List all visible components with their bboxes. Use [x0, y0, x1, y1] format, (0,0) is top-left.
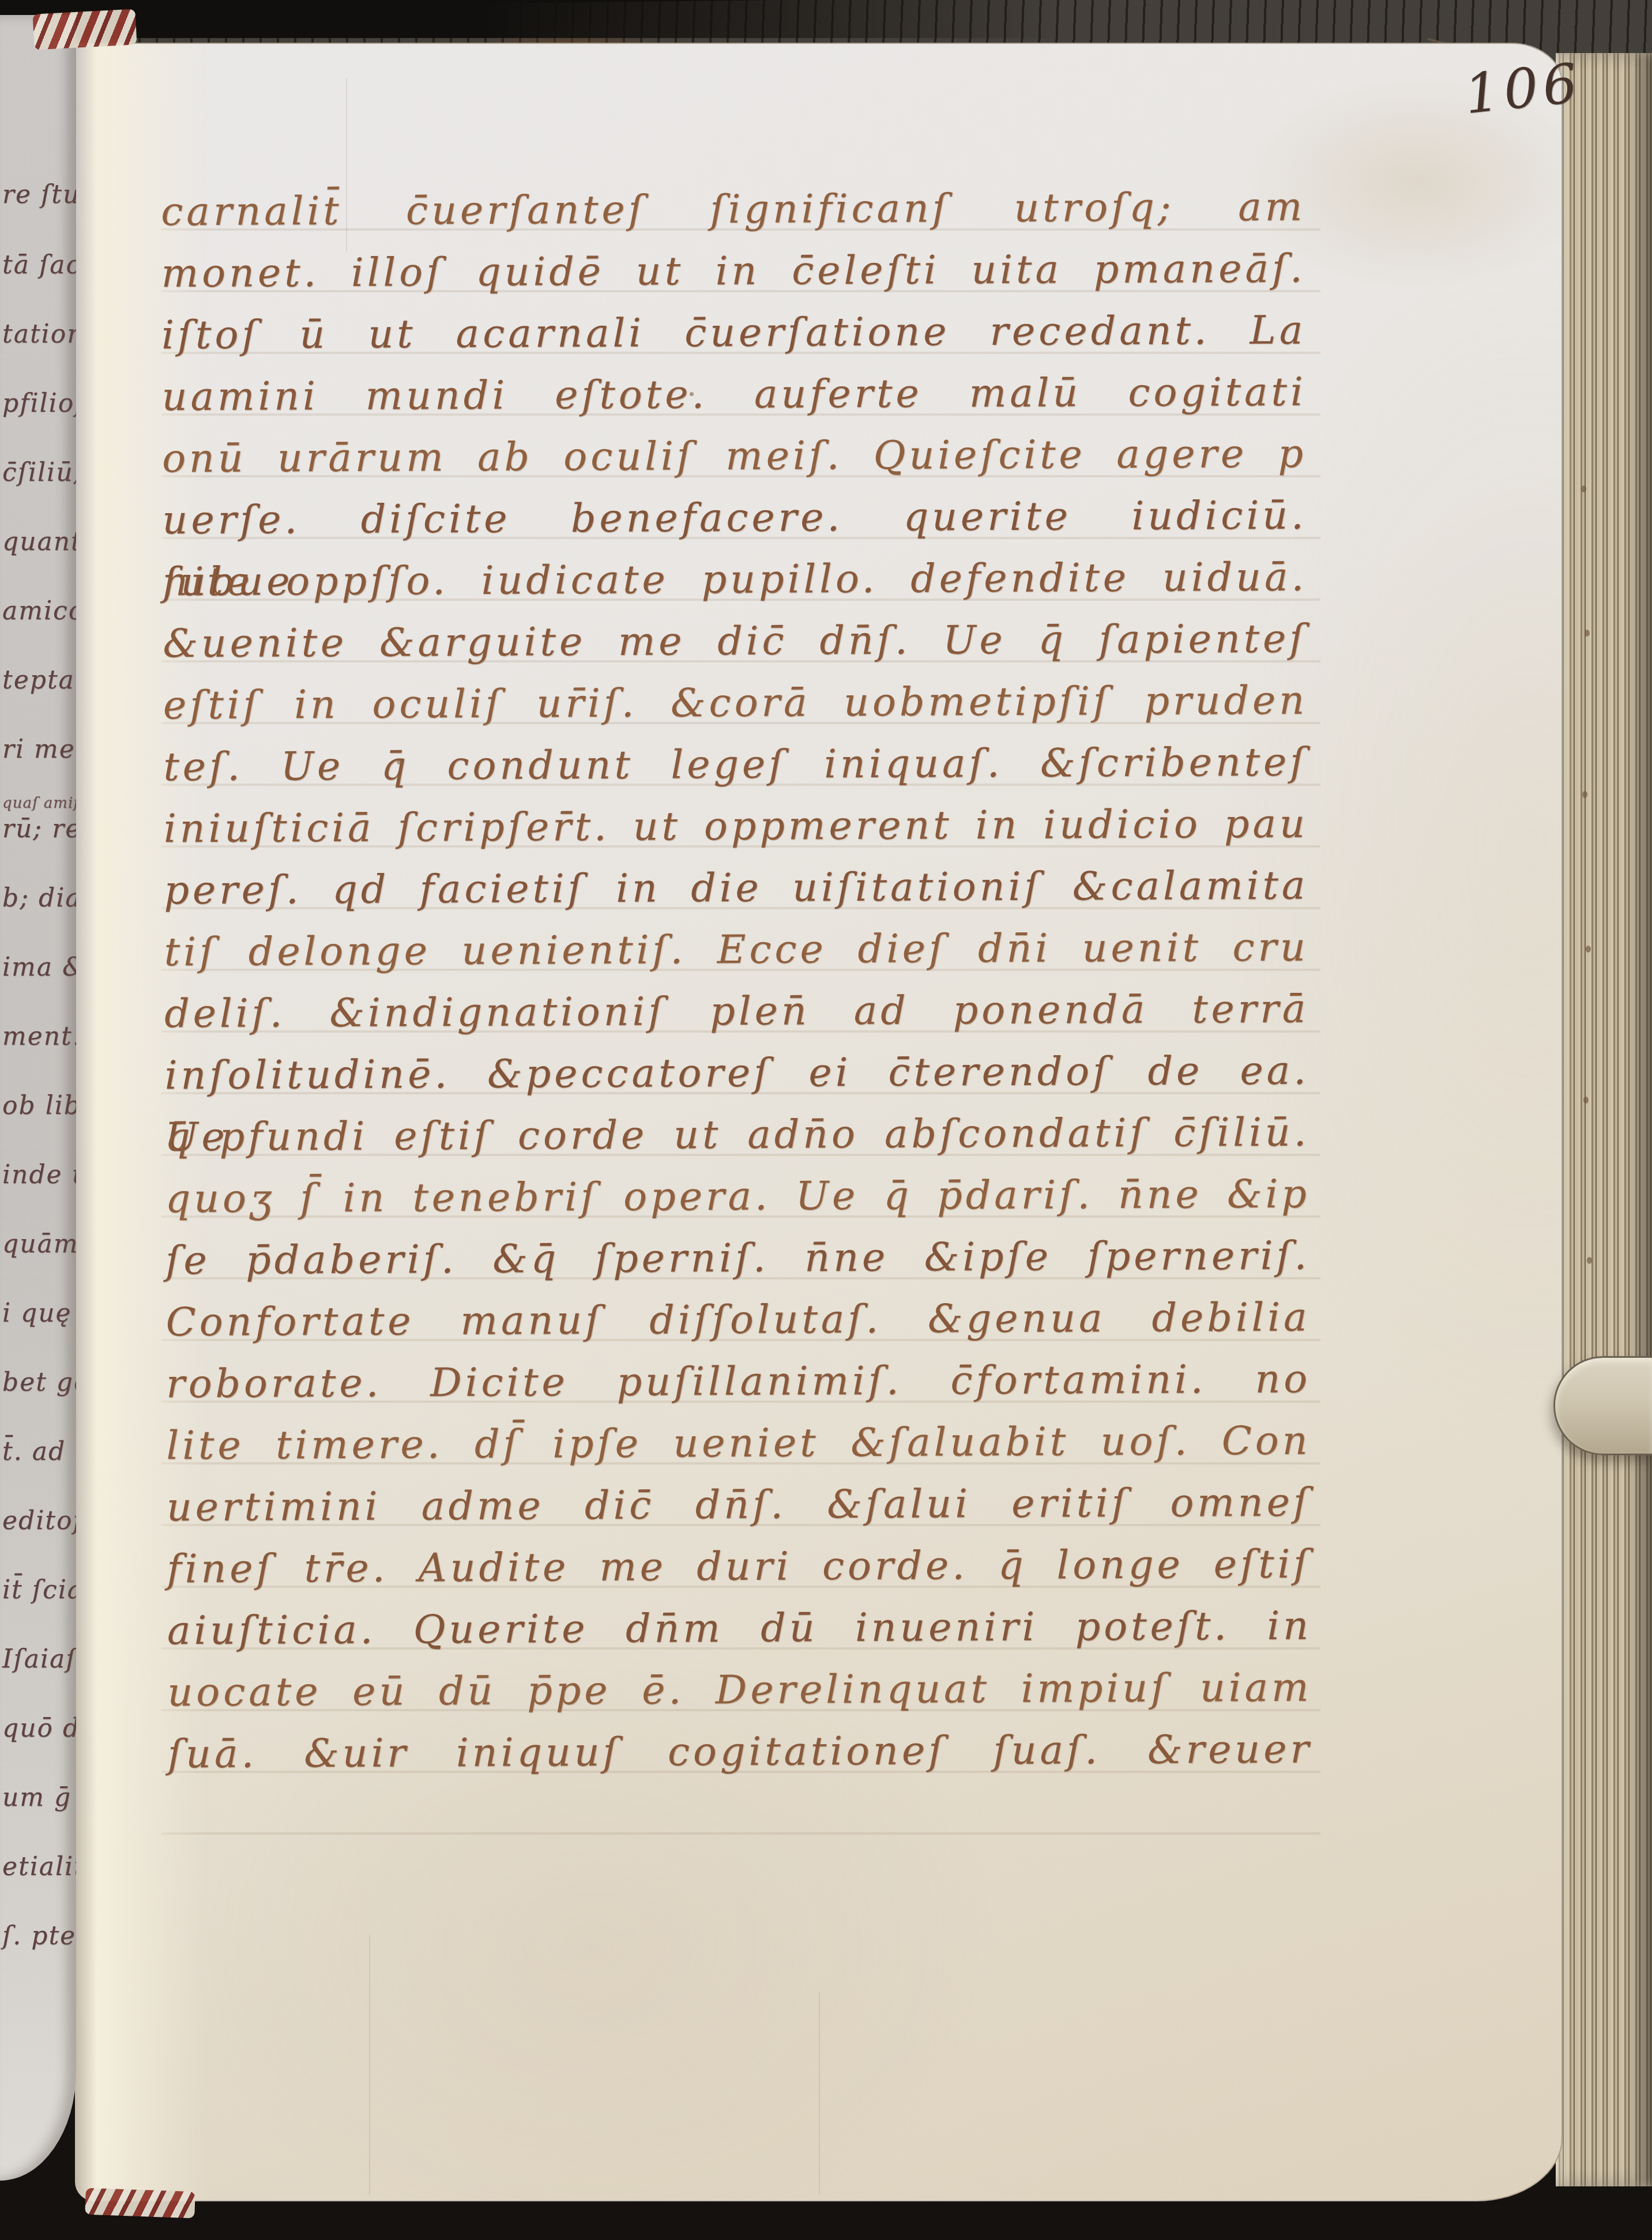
manuscript-text-line: roborate. Dicite puſillanimiſ. c̄fortami… [166, 1349, 1311, 1415]
left-page-text-fragment: ment. H [2, 1022, 76, 1051]
manuscript-text-line: uerſe. diſcite benefacere. querite iudic… [162, 485, 1307, 552]
wormhole [1587, 1257, 1592, 1264]
headband-top [32, 9, 137, 50]
left-page-text-fragment: inde ū d [2, 1160, 76, 1189]
manuscript-text-line: carnalit̄ c̄uerſanteſ ſignificanſ utroſq… [161, 176, 1305, 243]
left-page-text-fragment: quantū [2, 527, 76, 556]
left-page-text-fragment: tā ſacri [2, 250, 76, 280]
fore-edge-page-stack [1556, 53, 1652, 2186]
left-page-text-fragment: ob libro [2, 1091, 76, 1120]
text-block: carnalit̄ c̄uerſanteſ ſignificanſ utroſq… [161, 176, 1312, 1786]
manuscript-text-line: iſtoſ ū ut acarnali c̄uerſatione recedan… [161, 300, 1306, 367]
left-page-text-fragment: i quę tad [2, 1298, 76, 1328]
manuscript-text-line: ſe p̄daberiſ. &q̄ ſperniſ. n̄ne &ipſe ſp… [165, 1225, 1310, 1292]
left-page-text-fragment: um ḡ dic [2, 1783, 76, 1812]
left-page-text-fragment: t̄. ad noſ [2, 1437, 76, 1466]
left-page-text-fragment: tationt [2, 319, 76, 349]
left-page-text-fragment: bet genteſ [2, 1368, 76, 1397]
manuscript-text-line: quoʒ ſ̄ in tenebriſ opera. Ue q̄ p̄dariſ… [165, 1164, 1309, 1230]
manuscript-text-line: fineſ tr̄e. Audite me duri corde. q̄ lon… [167, 1534, 1311, 1601]
manuscript-text-line: eſtiſ in oculiſ ur̄iſ. &corā uobmetipſiſ… [163, 670, 1308, 737]
manuscript-text-line: &uenite &arguite me dic̄ dn̄ſ. Ue q̄ ſap… [163, 608, 1307, 675]
left-page-text-fragment: it̄ ſciatiſ [2, 1575, 76, 1605]
manuscript-text-line: q̄ pfundi eſtiſ corde ut adn̄o abſcondat… [165, 1102, 1309, 1169]
left-page-text-fragment: pfilioſ [2, 389, 76, 418]
wormhole [1585, 630, 1590, 637]
manuscript-text-line: monet. illoſ quidē ut in c̄eleſti uita p… [161, 238, 1305, 305]
left-page-text-fragment: etialit̄ q̄ſt [2, 1852, 76, 1881]
manuscript-text-line: lite timere. dſ̄ ipſe ueniet &ſaluabit u… [166, 1410, 1311, 1477]
manuscript-text-line: inſolitudinē. &peccatoreſ ei c̄terendoſ … [164, 1040, 1309, 1107]
wormhole [1586, 946, 1591, 953]
left-page-text-fragment: rū; recop [2, 814, 76, 844]
parchment-crease [369, 1935, 370, 2194]
left-page-text-fragment: ſ. pterra [2, 1921, 76, 1951]
left-page-text-fragment: c̄ſiliū; [2, 458, 76, 487]
left-page-text-fragment: quō dn̄ſ [2, 1714, 76, 1743]
left-page-text-fragment: teptatio [2, 665, 76, 695]
manuscript-text-line: uamini mundi eſtote. auferte malū cogita… [161, 362, 1306, 428]
left-page-text-fragment: ima &c [2, 953, 76, 982]
fore-edge-tab [1553, 1356, 1652, 1455]
manuscript-text-line: aiuſticia. Querite dn̄m dū inueniri pote… [167, 1595, 1312, 1662]
manuscript-text-line: pereſ. qd facietiſ in die uiſitationiſ &… [164, 855, 1308, 922]
left-page-text-fragment: amicoſ [2, 596, 76, 626]
wormhole [1581, 485, 1586, 492]
manuscript-text-line: nite oppſſo. iudicate pupillo. defendite… [163, 547, 1307, 613]
manuscript-text-line: uocate eū dū p̄pe ē. Derelinquat impiuſ … [167, 1657, 1312, 1724]
manuscript-text-line: ſuā. &uir iniquuſ cogitationeſ ſuaſ. &re… [168, 1719, 1312, 1786]
left-page-text-fragment: re ſtudt [2, 180, 76, 209]
manuscript-text-line: uertimini adme dic̄ dn̄ſ. &ſalui eritiſ … [167, 1472, 1311, 1539]
left-page-text-fragment: ri meru [2, 735, 76, 764]
wormhole [1582, 791, 1587, 798]
manuscript-text-line: iniuſticiā ſcripſer̄t. ut oppmerent in i… [164, 793, 1308, 860]
manuscript-text-line: onū urārum ab oculiſ meiſ. Quieſcite age… [162, 423, 1307, 490]
manuscript-text-line: teſ. Ue q̄ condunt legeſ iniquaſ. &ſcrib… [163, 732, 1308, 799]
left-page-edge: re ſtudttā ſacritationtpfilioſc̄ſiliū;qu… [0, 15, 76, 2181]
left-page-text-fragment: quāmaxime [2, 1229, 76, 1259]
background-shadow-top [0, 0, 1067, 38]
manuscript-text-line: deliſ. &indignationiſ plen̄ ad ponendā t… [164, 978, 1309, 1045]
left-page-text-fragment: quaſ amiſ [2, 795, 76, 812]
left-page-text-fragment: b; diabol [2, 883, 76, 913]
parchment-crease [819, 1993, 820, 2194]
manuscript-text-line: tiſ delonge uenientiſ. Ecce dieſ dn̄i ue… [164, 917, 1309, 984]
left-page-text-fragment: editoſ dic [2, 1506, 76, 1535]
wormhole [1583, 1097, 1589, 1104]
left-page-text-fragment: Iſaiaſ nā [2, 1644, 76, 1674]
manuscript-text-line: Confortate manuſ diſſolutaſ. &genua debi… [165, 1287, 1310, 1354]
manuscript-photo: carnalit̄ c̄uerſanteſ ſignificanſ utroſq… [0, 0, 1652, 2240]
tailband-bottom [85, 2188, 195, 2219]
folio-number: 106 [1462, 52, 1585, 127]
